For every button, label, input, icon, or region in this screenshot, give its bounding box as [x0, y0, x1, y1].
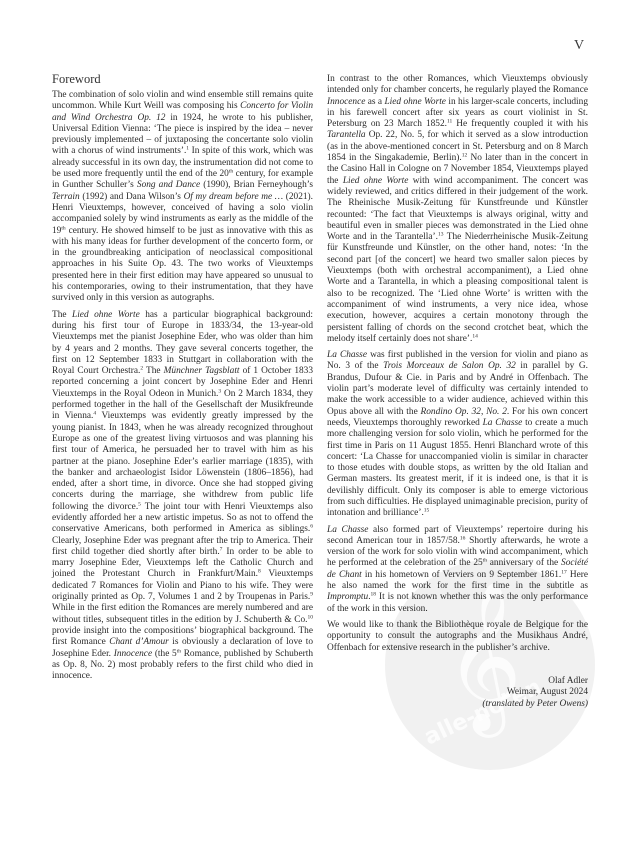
footnote-ref: 3	[218, 388, 221, 394]
footnote-ref: 5	[138, 501, 141, 507]
footnote-ref: 7	[220, 546, 223, 552]
footnote-ref: 10	[308, 614, 314, 620]
footnote-ref: 14	[472, 333, 478, 339]
footnote-ref: 16	[460, 535, 466, 541]
left-paragraphs: The combination of solo violin and wind …	[52, 90, 313, 682]
page-title: Foreword	[52, 72, 313, 86]
footnote-ref: 1	[186, 146, 189, 152]
signature-block: Olaf Adler Weimar, August 2024 (translat…	[327, 676, 588, 711]
footnote-ref: th	[483, 558, 487, 564]
footnote-ref: 17	[561, 569, 567, 575]
paragraph: We would like to thank the Bibliothèque …	[327, 620, 588, 654]
place-date: Weimar, August 2024	[327, 687, 588, 699]
footnote-ref: 13	[438, 232, 444, 238]
paragraph: The Lied ohne Worte has a particular bio…	[52, 310, 313, 683]
paragraph: The combination of solo violin and wind …	[52, 90, 313, 305]
author-name: Olaf Adler	[327, 676, 588, 688]
footnote-ref: 15	[424, 508, 430, 514]
footnote-ref: 8	[258, 569, 261, 575]
footnote-ref: 18	[371, 592, 377, 598]
footnote-ref: 2	[140, 366, 143, 372]
right-paragraphs: In contrast to the other Romances, which…	[327, 74, 588, 654]
footnote-ref: 9	[310, 592, 313, 598]
footnote-ref: 6	[310, 524, 313, 530]
footnote-ref: th	[61, 225, 65, 231]
footnote-ref: th	[229, 169, 233, 175]
paragraph: La Chasse was first published in the ver…	[327, 350, 588, 519]
footnote-ref: 12	[462, 153, 468, 159]
page-number: V	[574, 38, 584, 54]
paragraph: In contrast to the other Romances, which…	[327, 74, 588, 345]
translator-credit: (translated by Peter Owens)	[327, 699, 588, 711]
footnote-ref: 4	[93, 411, 96, 417]
right-column: In contrast to the other Romances, which…	[327, 74, 588, 710]
footnote-ref: th	[177, 648, 181, 654]
paragraph: La Chasse also formed part of Vieuxtemps…	[327, 525, 588, 615]
left-column: Foreword The combination of solo violin …	[52, 72, 313, 687]
footnote-ref: 11	[447, 119, 452, 125]
